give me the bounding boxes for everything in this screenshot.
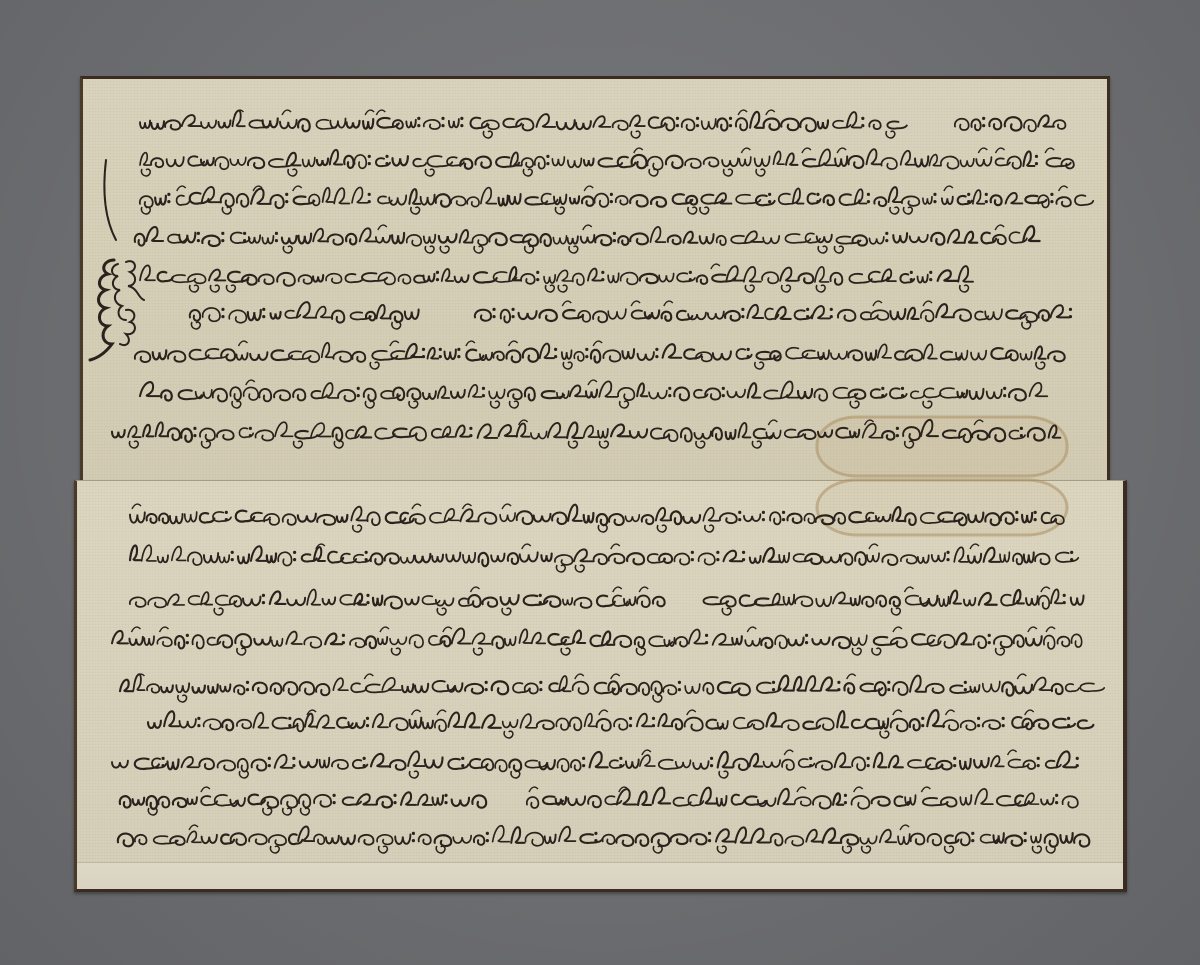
document-description: Handwritten palm-leaf style paper manusc… (0, 0, 1, 1)
manuscript-lower-leaf (74, 480, 1127, 892)
paper-texture (83, 79, 1107, 481)
document-type: Handwritten palm-leaf style paper manusc… (0, 0, 1, 1)
paper-texture (77, 481, 1123, 889)
manuscript-upper-leaf (80, 76, 1110, 482)
leaf-bottom-margin (77, 862, 1123, 889)
